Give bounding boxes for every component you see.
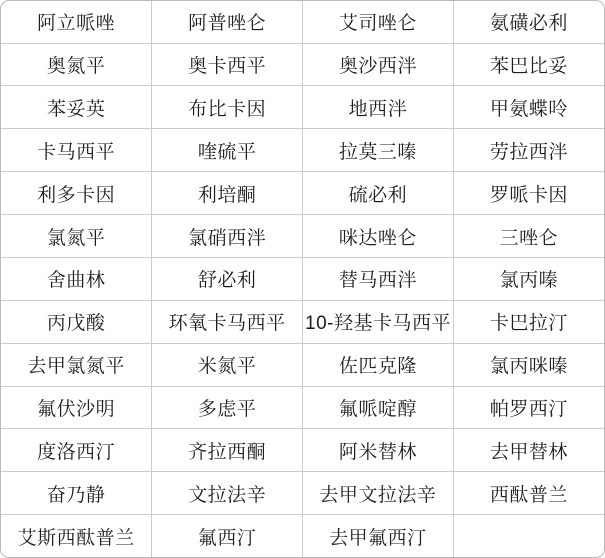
table-cell: 氟西汀	[152, 515, 303, 557]
table-cell: 奋乃静	[1, 472, 152, 515]
table-cell: 卡马西平	[1, 129, 152, 172]
table-cell: 三唑仑	[453, 215, 604, 258]
table-cell: 阿米替林	[303, 429, 454, 472]
table-cell: 帕罗西汀	[453, 386, 604, 429]
table-cell: 文拉法辛	[152, 472, 303, 515]
table-row: 氯氮平 氯硝西泮 咪达唑仑 三唑仑	[1, 215, 604, 258]
table-cell: 去甲氯氮平	[1, 343, 152, 386]
table-cell	[453, 515, 604, 557]
table-cell: 阿普唑仑	[152, 1, 303, 43]
table-cell: 丙戊酸	[1, 300, 152, 343]
table-cell: 喹硫平	[152, 129, 303, 172]
table-cell: 多虑平	[152, 386, 303, 429]
table-cell: 利培酮	[152, 172, 303, 215]
table-cell: 氯丙咪嗪	[453, 343, 604, 386]
table-row: 利多卡因 利培酮 硫必利 罗哌卡因	[1, 172, 604, 215]
table-cell: 利多卡因	[1, 172, 152, 215]
table-cell: 去甲氟西汀	[303, 515, 454, 557]
table-cell: 苯巴比妥	[453, 43, 604, 86]
table-cell: 去甲替林	[453, 429, 604, 472]
table-cell: 舒必利	[152, 257, 303, 300]
table-cell: 西酞普兰	[453, 472, 604, 515]
table-row: 卡马西平 喹硫平 拉莫三嗪 劳拉西泮	[1, 129, 604, 172]
table-row: 阿立哌唑 阿普唑仑 艾司唑仑 氨磺必利	[1, 1, 604, 43]
table-cell: 硫必利	[303, 172, 454, 215]
table-cell: 氯硝西泮	[152, 215, 303, 258]
table-cell: 奥氮平	[1, 43, 152, 86]
table-cell: 氯丙嗪	[453, 257, 604, 300]
table-cell: 地西泮	[303, 86, 454, 129]
table-cell: 氟伏沙明	[1, 386, 152, 429]
table-cell: 米氮平	[152, 343, 303, 386]
table-cell: 罗哌卡因	[453, 172, 604, 215]
table-row: 艾斯西酞普兰 氟西汀 去甲氟西汀	[1, 515, 604, 557]
table-cell: 氟哌啶醇	[303, 386, 454, 429]
drug-name-table: 阿立哌唑 阿普唑仑 艾司唑仑 氨磺必利 奥氮平 奥卡西平 奥沙西泮 苯巴比妥 苯…	[0, 0, 605, 558]
table-cell: 度洛西汀	[1, 429, 152, 472]
table-cell: 10-羟基卡马西平	[303, 300, 454, 343]
table-cell: 舍曲林	[1, 257, 152, 300]
table-row: 舍曲林 舒必利 替马西泮 氯丙嗪	[1, 257, 604, 300]
table-cell: 佐匹克隆	[303, 343, 454, 386]
table-cell: 卡巴拉汀	[453, 300, 604, 343]
table-cell: 甲氨蝶呤	[453, 86, 604, 129]
table-cell: 阿立哌唑	[1, 1, 152, 43]
table-cell: 劳拉西泮	[453, 129, 604, 172]
table-cell: 拉莫三嗪	[303, 129, 454, 172]
table-cell: 苯妥英	[1, 86, 152, 129]
table-row: 氟伏沙明 多虑平 氟哌啶醇 帕罗西汀	[1, 386, 604, 429]
table-row: 去甲氯氮平 米氮平 佐匹克隆 氯丙咪嗪	[1, 343, 604, 386]
table-cell: 氯氮平	[1, 215, 152, 258]
table-cell: 环氧卡马西平	[152, 300, 303, 343]
table-cell: 氨磺必利	[453, 1, 604, 43]
table-row: 丙戊酸 环氧卡马西平 10-羟基卡马西平 卡巴拉汀	[1, 300, 604, 343]
table-cell: 去甲文拉法辛	[303, 472, 454, 515]
table-cell: 艾司唑仑	[303, 1, 454, 43]
table-cell: 奥卡西平	[152, 43, 303, 86]
table-cell: 艾斯西酞普兰	[1, 515, 152, 557]
table-row: 奥氮平 奥卡西平 奥沙西泮 苯巴比妥	[1, 43, 604, 86]
table-row: 度洛西汀 齐拉西酮 阿米替林 去甲替林	[1, 429, 604, 472]
table-cell: 布比卡因	[152, 86, 303, 129]
table-cell: 奥沙西泮	[303, 43, 454, 86]
table-row: 苯妥英 布比卡因 地西泮 甲氨蝶呤	[1, 86, 604, 129]
drug-table-grid: 阿立哌唑 阿普唑仑 艾司唑仑 氨磺必利 奥氮平 奥卡西平 奥沙西泮 苯巴比妥 苯…	[1, 1, 604, 557]
table-cell: 齐拉西酮	[152, 429, 303, 472]
table-row: 奋乃静 文拉法辛 去甲文拉法辛 西酞普兰	[1, 472, 604, 515]
table-cell: 咪达唑仑	[303, 215, 454, 258]
table-cell: 替马西泮	[303, 257, 454, 300]
